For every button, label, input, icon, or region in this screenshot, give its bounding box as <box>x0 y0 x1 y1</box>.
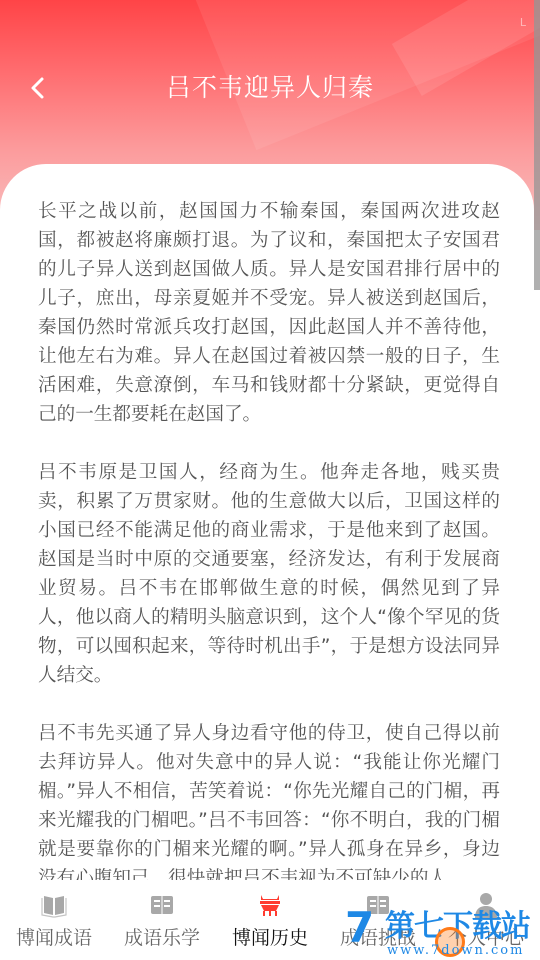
bottom-tab-bar: 博闻成语 成语乐学 博闻历史 <box>0 880 540 960</box>
tab-idiom-learning[interactable]: 成语乐学 <box>108 880 216 960</box>
scrollbar[interactable] <box>534 0 540 290</box>
article-paragraph: 吕不韦原是卫国人，经商为生。他奔走各地，贱买贵卖，积累了万贯家财。他的生意做大以… <box>38 458 500 690</box>
tab-idiom-challenge[interactable]: 成语挑战 <box>324 880 432 960</box>
tab-label: 个人中心 <box>448 926 524 950</box>
tab-label: 成语挑战 <box>340 926 416 950</box>
ancient-cauldron-icon <box>257 892 283 918</box>
tab-idiom-knowledge[interactable]: 博闻成语 <box>0 880 108 960</box>
status-mark: L <box>520 16 526 29</box>
article-body: 长平之战以前，赵国国力不输秦国，秦国两次进攻赵国，都被赵将廉颇打退。为了议和，秦… <box>38 197 500 893</box>
tab-profile[interactable]: 个人中心 <box>432 880 540 960</box>
user-profile-icon <box>473 892 499 918</box>
tab-label: 成语乐学 <box>124 926 200 950</box>
tab-label: 博闻历史 <box>232 926 308 950</box>
reading-book-icon <box>365 892 391 918</box>
tab-label: 博闻成语 <box>16 926 92 950</box>
open-book-icon <box>41 892 67 918</box>
reading-book-icon <box>149 892 175 918</box>
article-paragraph: 长平之战以前，赵国国力不输秦国，秦国两次进攻赵国，都被赵将廉颇打退。为了议和，秦… <box>38 197 500 429</box>
article-paragraph: 吕不韦先买通了异人身边看守他的侍卫，使自己得以前去拜访异人。他对失意中的异人说：… <box>38 719 500 893</box>
page-title: 吕不韦迎异人归秦 <box>0 70 540 106</box>
tab-history[interactable]: 博闻历史 <box>216 880 324 960</box>
